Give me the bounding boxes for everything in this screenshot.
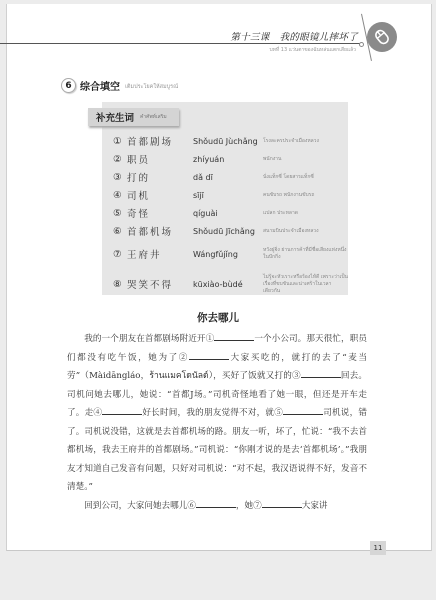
vocab-pinyin: sījī	[193, 191, 263, 200]
vocab-title: 补充生词	[96, 110, 134, 124]
vocab-list: ① 首都剧场 Shǒudū Jùchǎng โรงละครประจำเมืองห…	[113, 132, 348, 300]
section-subtitle: เติมประโยคให้สมบูรณ์	[125, 83, 178, 91]
vocab-item: ⑦ 王府井 Wángfǔjǐng หวังฝูจิ่ง ย่านการค้าที…	[113, 240, 348, 268]
vocab-hanzi: 职员	[127, 152, 193, 166]
header-dot	[359, 42, 364, 47]
vocab-subtitle: คำศัพท์เสริม	[140, 113, 167, 121]
vocab-num: ④	[113, 190, 127, 201]
vocab-hanzi: 打的	[127, 170, 193, 184]
blank-7[interactable]	[262, 499, 302, 508]
story-paragraph: 我的一个朋友在首都剧场附近开①一个小公司。那天很忙，职员们都没有吃午饭，她为了②…	[67, 330, 367, 497]
header-rule	[0, 43, 360, 44]
vocab-pinyin: zhíyuán	[193, 155, 263, 164]
vocab-num: ⑧	[113, 279, 127, 290]
vocab-item: ③ 打的 dǎ dī นั่งแท็กซี่ โดยสารแท็กซี่	[113, 168, 348, 186]
lesson-number: 第十三课	[230, 32, 269, 43]
vocab-item: ④ 司机 sījī คนขับรถ พนักงานขับรถ	[113, 186, 348, 204]
vocab-pinyin: Shǒudū Jùchǎng	[193, 137, 263, 146]
vocab-num: ①	[113, 136, 127, 147]
vocab-item: ⑧ 哭笑不得 kūxiào-bùdé ไม่รู้จะหัวเราะหรือร้…	[113, 268, 348, 300]
story-text-segment: 好长时间，我的朋友觉得不对，就⑤	[142, 408, 283, 418]
vocab-thai: ไม่รู้จะหัวเราะหรือร้องไห้ดี เพราะว่าเป็…	[263, 274, 348, 295]
section-heading: 6 综合填空 เติมประโยคให้สมบูรณ์	[61, 78, 178, 93]
story-text: 我的一个朋友在首都剧场附近开①一个小公司。那天很忙，职员们都没有吃午饭，她为了②…	[67, 330, 367, 515]
vocab-pinyin: dǎ dī	[193, 173, 263, 182]
vocab-num: ②	[113, 154, 127, 165]
vocab-item: ① 首都剧场 Shǒudū Jùchǎng โรงละครประจำเมืองห…	[113, 132, 348, 150]
blank-1[interactable]	[214, 332, 254, 341]
page-number: 11	[370, 541, 386, 555]
vocab-num: ⑤	[113, 208, 127, 219]
story-text-segment: 我的一个朋友在首都剧场附近开①	[84, 334, 214, 344]
story-text-segment: 司机说，错了。司机说没错，这就是去首都机场的路。朋友一听，坏了，忙说：“我不去首…	[67, 408, 367, 492]
vocab-pinyin: Wángfǔjǐng	[193, 250, 263, 259]
vocab-num: ⑥	[113, 226, 127, 237]
vocab-item: ② 职员 zhíyuán พนักงาน	[113, 150, 348, 168]
story-text-segment: 大家讲	[302, 501, 328, 511]
lesson-subtitle: บทที่ 13 แว่นตาของฉันหล่นแตกเสียแล้ว	[269, 46, 356, 54]
computer-mouse-icon	[367, 22, 397, 52]
vocab-pinyin: Shǒudū Jīchǎng	[193, 227, 263, 236]
vocab-item: ⑤ 奇怪 qíguài แปลก ประหลาด	[113, 204, 348, 222]
vocab-thai: สนามบินประจำเมืองหลวง	[263, 228, 348, 235]
story-text-segment: ，她⑦	[236, 501, 262, 511]
blank-2[interactable]	[189, 351, 229, 360]
story-paragraph: 回到公司，大家问她去哪儿⑥，她⑦大家讲	[67, 497, 367, 516]
vocab-tab: 补充生词 คำศัพท์เสริม	[88, 108, 179, 126]
vocab-thai: พนักงาน	[263, 156, 348, 163]
vocab-thai: หวังฝูจิ่ง ย่านการค้าที่มีชื่อเสียงแห่งห…	[263, 247, 348, 261]
vocab-item: ⑥ 首都机场 Shǒudū Jīchǎng สนามบินประจำเมืองห…	[113, 222, 348, 240]
blank-3[interactable]	[301, 369, 341, 378]
vocab-pinyin: kūxiào-bùdé	[193, 280, 263, 289]
story-text-segment: 回到公司，大家问她去哪儿⑥	[84, 501, 196, 511]
vocab-hanzi: 首都机场	[127, 224, 193, 238]
vocab-num: ③	[113, 172, 127, 183]
blank-6[interactable]	[196, 499, 236, 508]
vocab-hanzi: 奇怪	[127, 206, 193, 220]
vocab-hanzi: 首都剧场	[127, 134, 193, 148]
story-title: 你去哪儿	[0, 310, 436, 325]
vocab-thai: คนขับรถ พนักงานขับรถ	[263, 192, 348, 199]
vocab-hanzi: 王府井	[127, 247, 193, 261]
vocab-pinyin: qíguài	[193, 209, 263, 218]
section-title: 综合填空	[80, 78, 120, 93]
vocab-thai: แปลก ประหลาด	[263, 210, 348, 217]
vocab-thai: โรงละครประจำเมืองหลวง	[263, 138, 348, 145]
vocab-num: ⑦	[113, 249, 127, 260]
vocab-hanzi: 司机	[127, 188, 193, 202]
section-number: 6	[61, 78, 76, 93]
lesson-name: 我的眼镜儿摔坏了	[280, 32, 358, 43]
blank-5[interactable]	[283, 406, 323, 415]
vocab-thai: นั่งแท็กซี่ โดยสารแท็กซี่	[263, 174, 348, 181]
lesson-title: 第十三课我的眼镜儿摔坏了	[230, 29, 358, 43]
vocab-hanzi: 哭笑不得	[127, 277, 193, 291]
blank-4[interactable]	[102, 406, 142, 415]
